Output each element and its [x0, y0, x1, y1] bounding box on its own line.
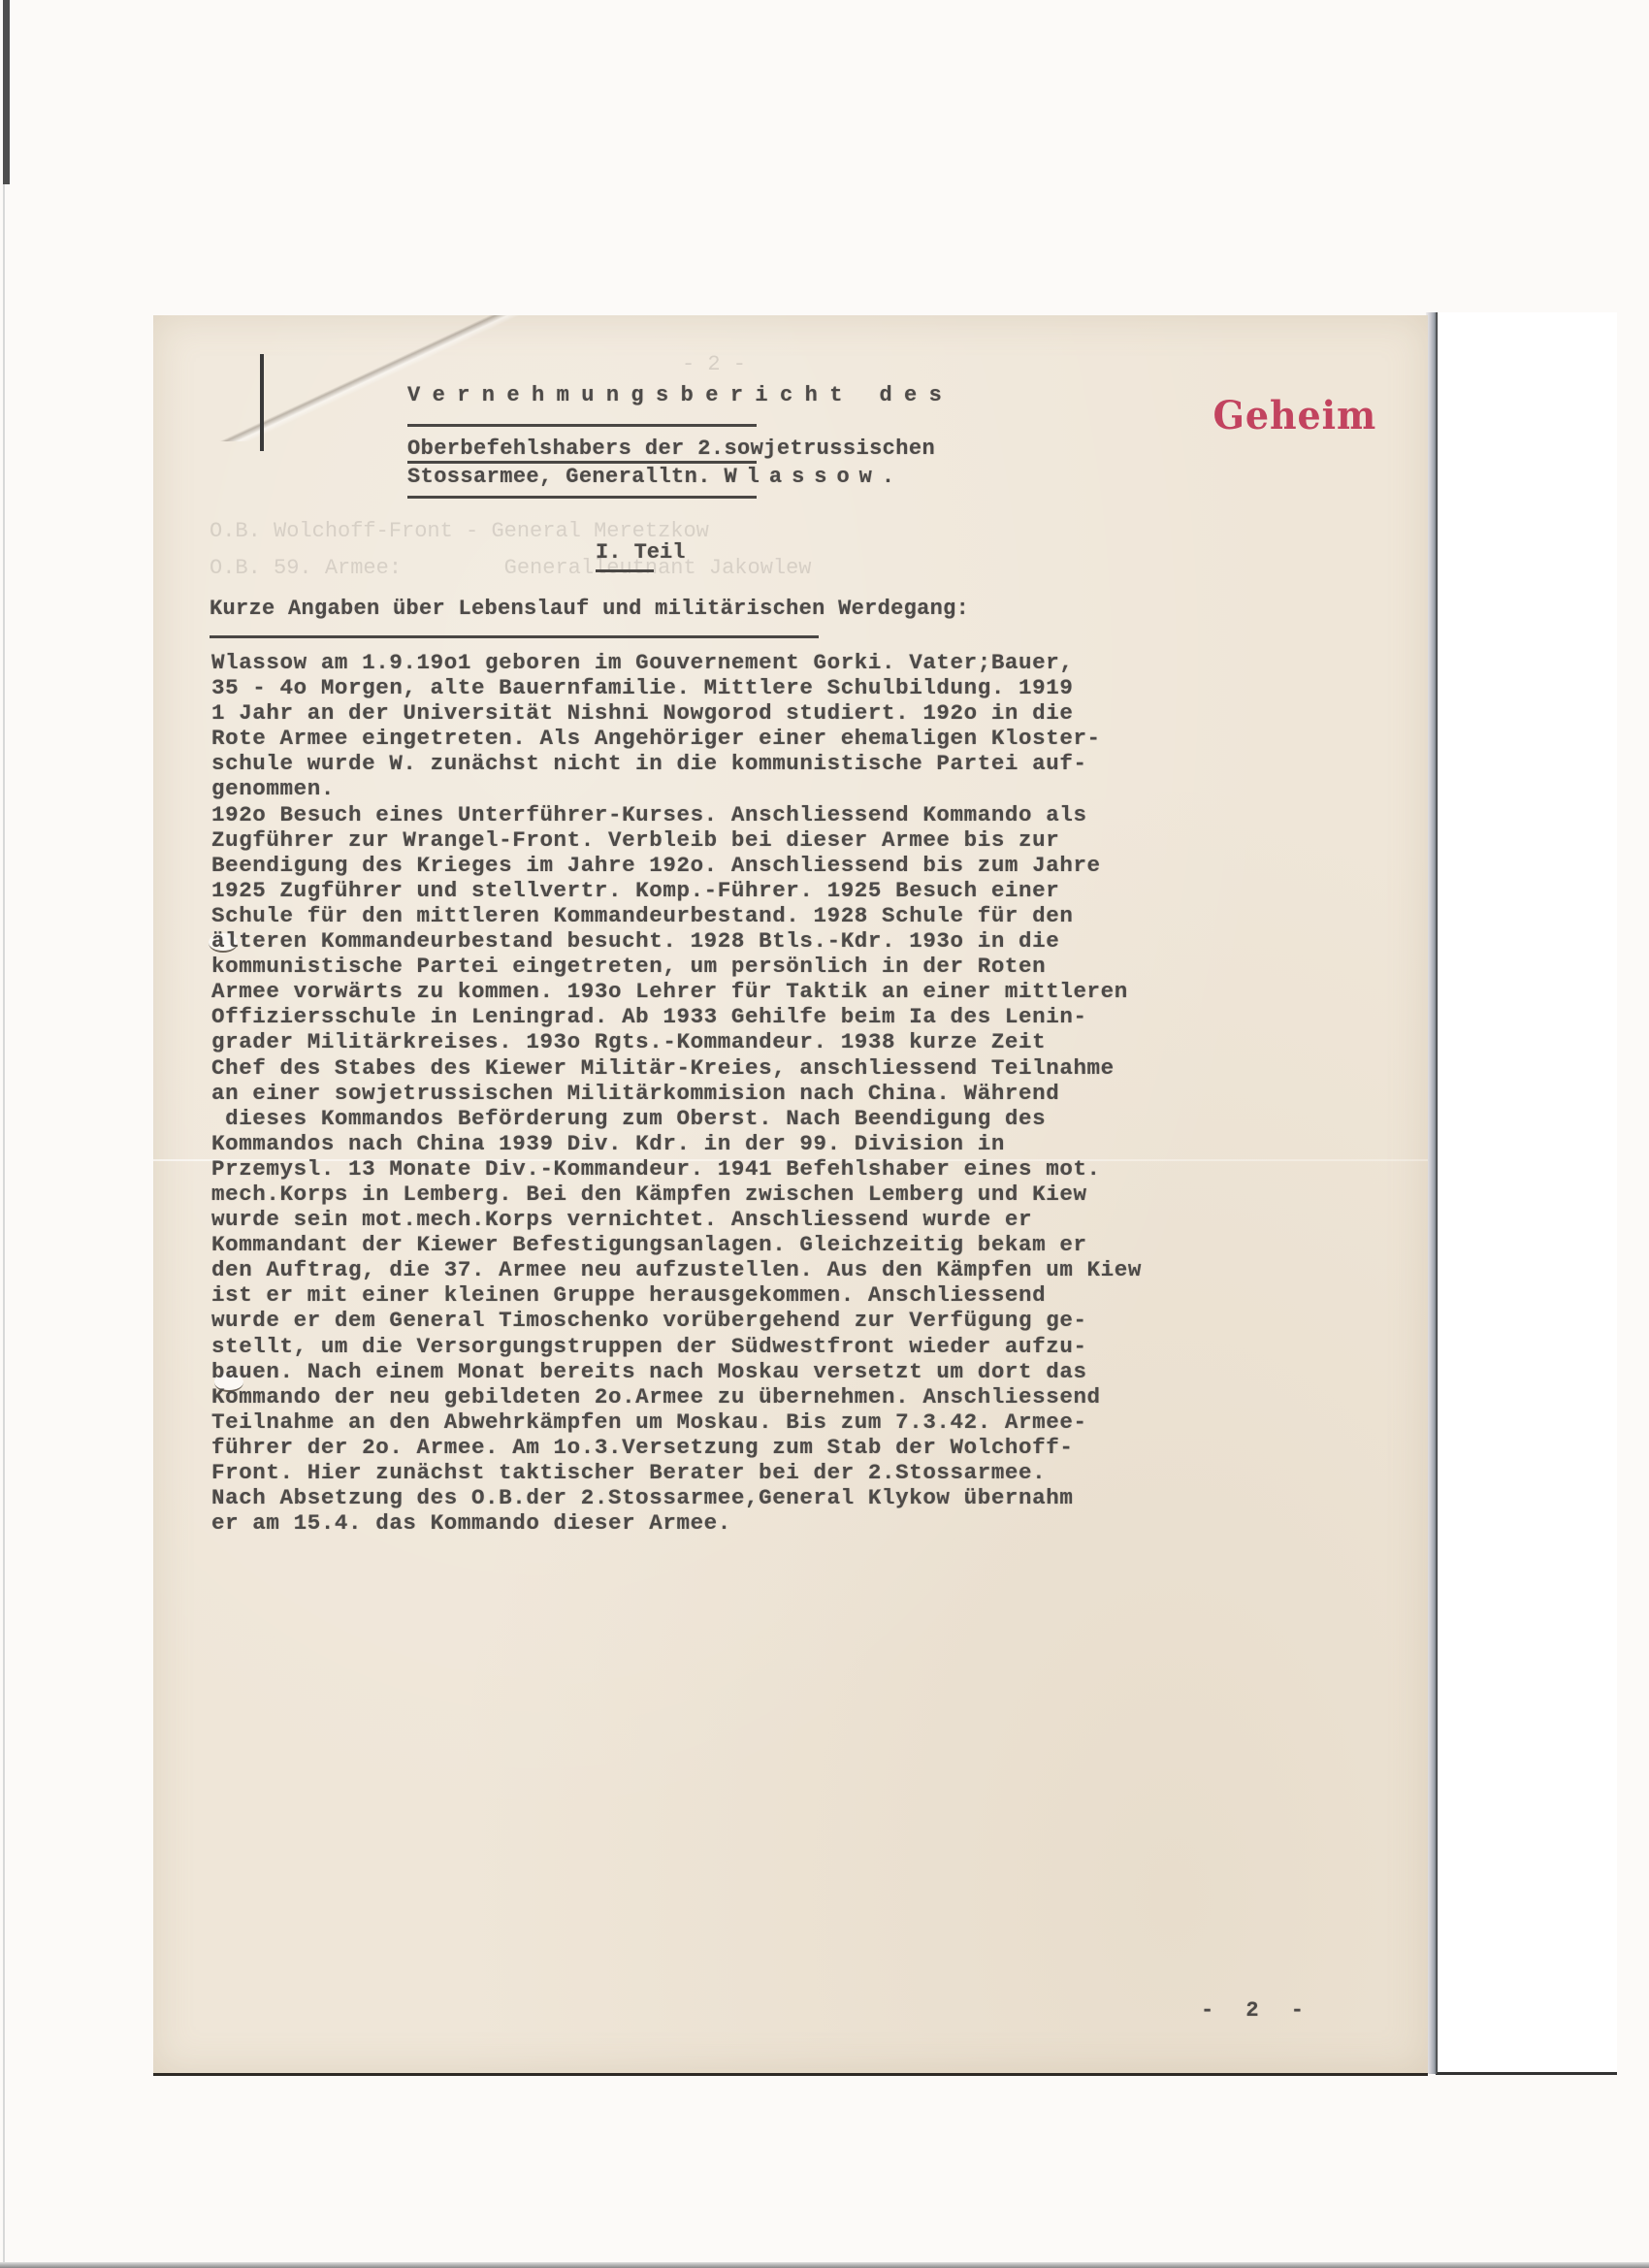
report-title-line-3: Stossarmee, Generalltn. Wlassow.: [407, 465, 904, 489]
body-line: Kommandos nach China 1939 Div. Kdr. in d…: [211, 1131, 1414, 1156]
scanner-edge-bottom: [0, 2262, 1649, 2268]
part-heading: I. Teil: [596, 540, 685, 565]
body-line: führer der 2o. Armee. Am 1o.3.Versetzung…: [211, 1435, 1414, 1460]
body-line: Rote Armee eingetreten. Als Angehöriger …: [211, 726, 1414, 751]
title-name: Wlassow.: [724, 465, 904, 489]
margin-pencil-mark: [260, 354, 264, 451]
body-line: Beendigung des Krieges im Jahre 192o. An…: [211, 853, 1414, 878]
part-underline: [596, 569, 654, 572]
body-line: mech.Korps in Lemberg. Bei den Kämpfen z…: [211, 1182, 1414, 1207]
body-line: Nach Absetzung des O.B.der 2.Stossarmee,…: [211, 1485, 1414, 1510]
body-line: 1925 Zugführer und stellvertr. Komp.-Füh…: [211, 878, 1414, 903]
page-number: - 2 -: [1201, 1998, 1313, 2023]
body-line: Schule für den mittleren Kommandeurbesta…: [211, 903, 1414, 928]
body-line: Przemysl. 13 Monate Div.-Kommandeur. 194…: [211, 1156, 1414, 1182]
document-page: - 2 - O.B. Wolchoff-Front - General Mere…: [153, 315, 1428, 2076]
title-underline: [407, 496, 757, 499]
body-line: genommen.: [211, 776, 1414, 801]
scan-surface: - 2 - O.B. Wolchoff-Front - General Mere…: [0, 0, 1649, 2268]
title-underline: [407, 424, 757, 427]
report-title-line-2: Oberbefehlshabers der 2.sowjetrussischen: [407, 437, 935, 461]
body-line: Kommando der neu gebildeten 2o.Armee zu …: [211, 1384, 1414, 1409]
backing-sheet: [1436, 312, 1617, 2075]
body-line: Offiziersschule in Leningrad. Ab 1933 Ge…: [211, 1004, 1414, 1029]
body-line: Chef des Stabes des Kiewer Militär-Kreie…: [211, 1055, 1414, 1081]
body-line: Armee vorwärts zu kommen. 193o Lehrer fü…: [211, 979, 1414, 1004]
section-underline: [210, 635, 819, 638]
classification-stamp: Geheim: [1212, 393, 1376, 438]
body-line: 35 - 4o Morgen, alte Bauernfamilie. Mitt…: [211, 675, 1414, 700]
scanner-edge: [3, 0, 10, 184]
title-rank: Stossarmee, Generalltn.: [407, 465, 711, 489]
body-line: an einer sowjetrussischen Militärkommisi…: [211, 1081, 1414, 1106]
body-line: dieses Kommandos Beförderung zum Oberst.…: [211, 1106, 1414, 1131]
body-line: wurde sein mot.mech.Korps vernichtet. An…: [211, 1207, 1414, 1232]
body-line: kommunistische Partei eingetreten, um pe…: [211, 954, 1414, 979]
body-line: er am 15.4. das Kommando dieser Armee.: [211, 1510, 1414, 1536]
body-line: 1 Jahr an der Universität Nishni Nowgoro…: [211, 700, 1414, 726]
scanner-edge-line: [3, 184, 5, 2268]
body-line: Kommandant der Kiewer Befestigungsanlage…: [211, 1232, 1414, 1257]
body-line: bauen. Nach einem Monat bereits nach Mos…: [211, 1359, 1414, 1384]
body-line: älteren Kommandeurbestand besucht. 1928 …: [211, 928, 1414, 954]
section-heading: Kurze Angaben über Lebenslauf und militä…: [210, 597, 969, 621]
body-line: Zugführer zur Wrangel-Front. Verbleib be…: [211, 827, 1414, 853]
corner-crease: [192, 315, 541, 441]
showthrough-page-number: - 2 -: [682, 352, 746, 376]
body-text: Wlassow am 1.9.19o1 geboren im Gouvernem…: [211, 650, 1414, 1536]
body-line: stellt, um die Versorgungstruppen der Sü…: [211, 1334, 1414, 1359]
body-line: wurde er dem General Timoschenko vorüber…: [211, 1308, 1414, 1333]
body-line: schule wurde W. zunächst nicht in die ko…: [211, 751, 1414, 776]
report-title-line-1: Vernehmungsbericht des: [407, 383, 954, 407]
body-line: ist er mit einer kleinen Gruppe herausge…: [211, 1282, 1414, 1308]
body-line: Teilnahme an den Abwehrkämpfen um Moskau…: [211, 1409, 1414, 1435]
showthrough-line: O.B. 59. Armee: Generalleutnant Jakowlew: [210, 556, 812, 580]
body-line: Wlassow am 1.9.19o1 geboren im Gouvernem…: [211, 650, 1414, 675]
body-line: grader Militärkreises. 193o Rgts.-Komman…: [211, 1029, 1414, 1054]
body-line: den Auftrag, die 37. Armee neu aufzustel…: [211, 1257, 1414, 1282]
title-underline: [407, 461, 757, 464]
body-line: Front. Hier zunächst taktischer Berater …: [211, 1460, 1414, 1485]
body-line: 192o Besuch eines Unterführer-Kurses. An…: [211, 802, 1414, 827]
